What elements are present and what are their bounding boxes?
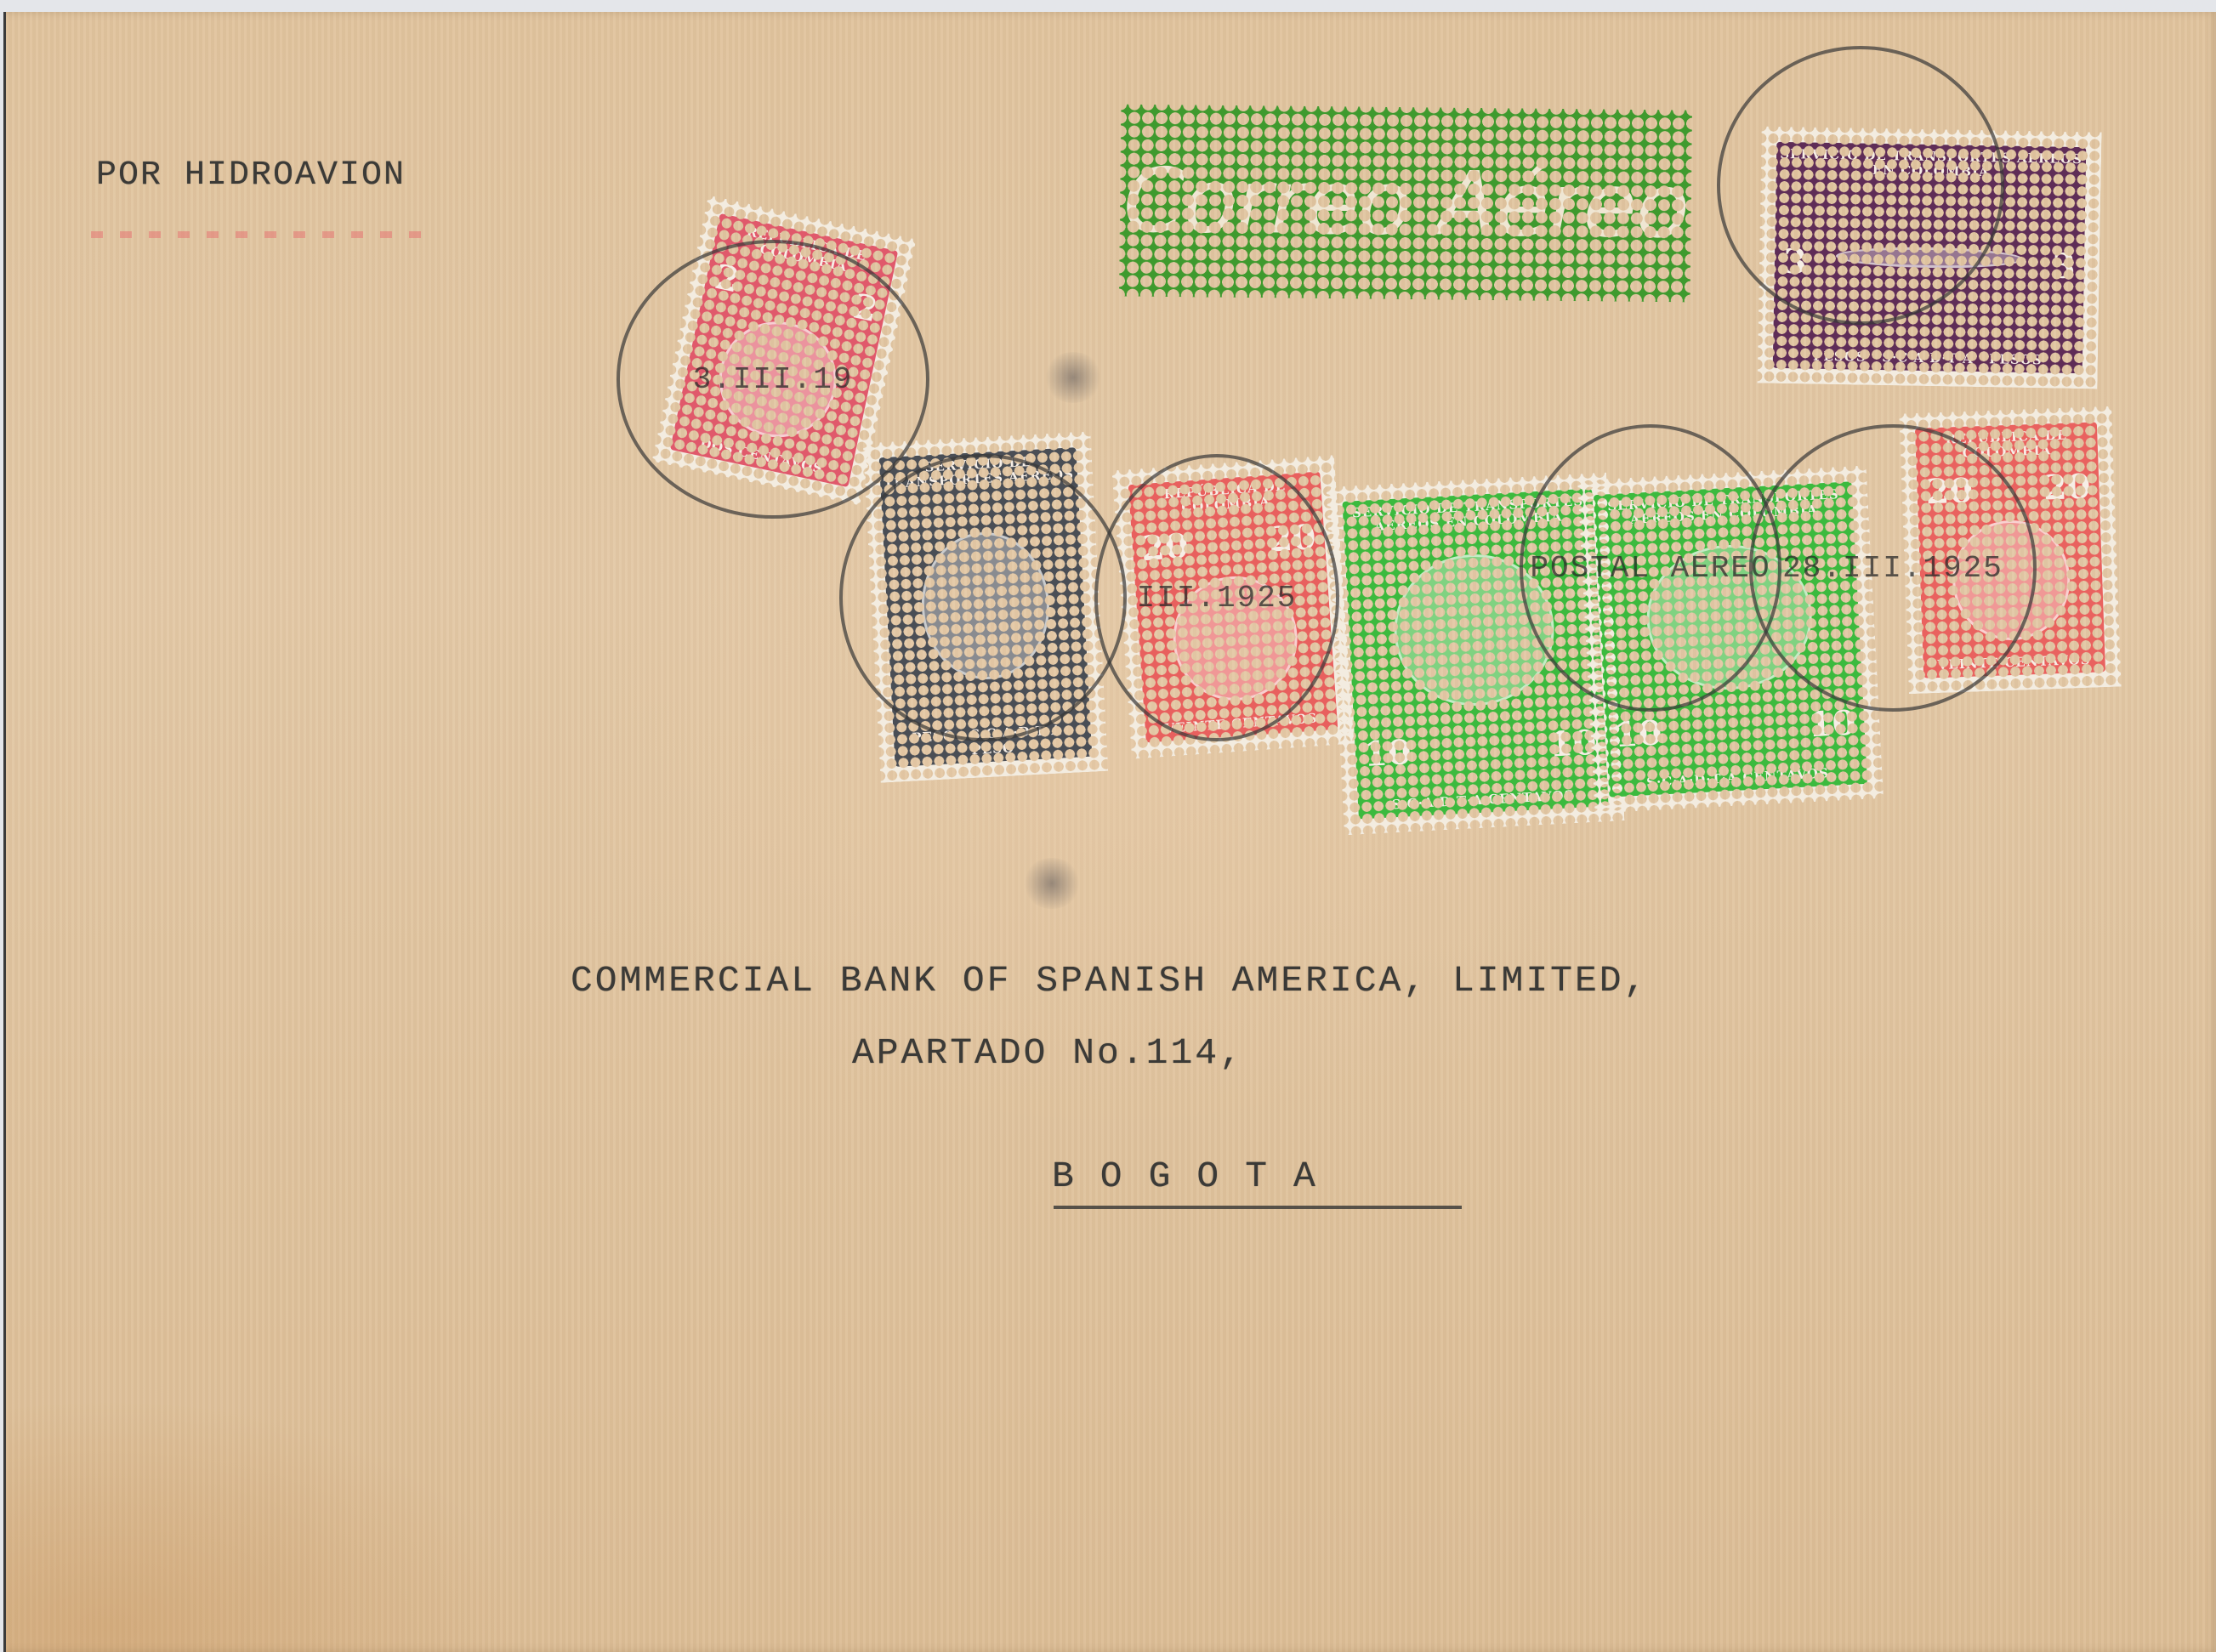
- stamp-value-right: 20: [1268, 520, 1317, 558]
- stamp-bottom-text: DOS CENTAVOS: [697, 435, 824, 481]
- airmail-label: Correo Aéreo: [1119, 104, 1692, 302]
- stamp-value-right: 20: [2043, 469, 2091, 505]
- recipient-po-box: APARTADO No.114,: [852, 1032, 1244, 1074]
- stamp-bottom-text: VEINTE CENTAVOS: [1164, 710, 1318, 741]
- cathedral-vignette-icon: [1836, 246, 2023, 270]
- recipient-city: BOGOTA: [1052, 1155, 1342, 1197]
- seaplane-vignette-icon: [918, 529, 1054, 683]
- stamp-value-right: 10: [1808, 707, 1857, 743]
- stamp-value-left: 2: [712, 260, 742, 298]
- airmail-label-text: Correo Aéreo: [1122, 149, 1688, 258]
- stamp-value-left: 10: [1363, 735, 1412, 772]
- stamp-design: SERVICIO DE TRANSPORTES AEREOS EN COLOMB…: [1342, 489, 1608, 820]
- stamp-design: SERVICIO DE TRANSPORTES AEREOS EN COLOMB…: [1594, 481, 1867, 797]
- recipient-name: COMMERCIAL BANK OF SPANISH AMERICA, LIMI…: [571, 960, 1648, 1002]
- portrait-vignette-icon: [708, 310, 848, 448]
- envelope: POR HIDROAVION Correo Aéreo SERVICIO DE …: [3, 12, 2216, 1652]
- stamp-value-left: 20: [1925, 474, 1974, 509]
- city-underline: [1054, 1206, 1462, 1209]
- stamp-value-left: 3: [1783, 245, 1808, 279]
- stamp-value-left: 10: [1614, 717, 1663, 753]
- stamp-10-centavos: SERVICIO DE TRANSPORTES AEREOS EN COLOMB…: [1577, 465, 1884, 813]
- stamp-design: SERVICIO DE TRANSPORTES AEREOS EN COLOMB…: [1773, 142, 2087, 373]
- stamp-value-left: 20: [1140, 530, 1190, 567]
- stamp-value-right: 2: [850, 289, 881, 327]
- airplane-landscape-icon: [1643, 541, 1815, 694]
- ink-smudge: [1022, 858, 1082, 909]
- stamp-top-text: REPÚBLICA DE COLOMBIA: [1915, 422, 2098, 461]
- stamp-top-text: SERVICIO DE TRANSPORTES AEREOS EN COLOMB…: [1776, 142, 2087, 180]
- stamp-design: SERVICIO DE TRANSPORTES AEREOS PESO · S·…: [879, 447, 1093, 767]
- airplane-landscape-icon: [1390, 550, 1558, 710]
- stamp-value-right: 3: [2052, 249, 2077, 283]
- stamp-20-centavos: REPÚBLICA DE COLOMBIA 20 20 VEINTE CENTA…: [1899, 406, 2121, 695]
- stamp-top-text: SERVICIO DE TRANSPORTES AEREOS EN COLOMB…: [1342, 489, 1594, 535]
- monument-vignette-icon: [1169, 572, 1302, 705]
- stamp-bottom-text: PESOS · S·C·A·D·T·A · PESOS: [1813, 349, 2043, 373]
- stamp-bottom-text: S·C·A·D·T·A CENTAVOS: [1391, 787, 1575, 817]
- stamp-design: REPÚBLICA DE COLOMBIA 20 20 VEINTE CENTA…: [1915, 422, 2105, 678]
- stamp-top-text: SERVICIO DE TRANSPORTES AEREOS: [879, 447, 1078, 491]
- stamp-top-text: SERVICIO DE TRANSPORTES AEREOS EN COLOMB…: [1594, 481, 1854, 528]
- stamp-design: REPÚBLICA DE COLOMBIA 20 20 VEINTE CENTA…: [1128, 471, 1338, 742]
- stamp-bottom-text: PESO · S·C·A·D·T·A · PESO: [893, 721, 1092, 767]
- stamp-1-peso: SERVICIO DE TRANSPORTES AEREOS PESO · S·…: [863, 431, 1109, 782]
- ink-smudge: [1043, 352, 1103, 403]
- stamp-3-pesos: SERVICIO DE TRANSPORTES AEREOS EN COLOMB…: [1757, 127, 2101, 389]
- stamp-20-centavos: REPÚBLICA DE COLOMBIA 20 20 VEINTE CENTA…: [1111, 455, 1354, 758]
- monument-vignette-icon: [1950, 519, 2072, 643]
- stamp-bottom-text: VEINTE CENTAVOS: [1937, 652, 2091, 678]
- stamp-top-text: REPÚBLICA DE COLOMBIA: [1128, 471, 1322, 518]
- faded-red-marking: [91, 231, 431, 238]
- service-instruction: POR HIDROAVION: [96, 156, 406, 195]
- stamp-bottom-text: S·C·A·D·T·A CENTAVOS: [1646, 765, 1830, 795]
